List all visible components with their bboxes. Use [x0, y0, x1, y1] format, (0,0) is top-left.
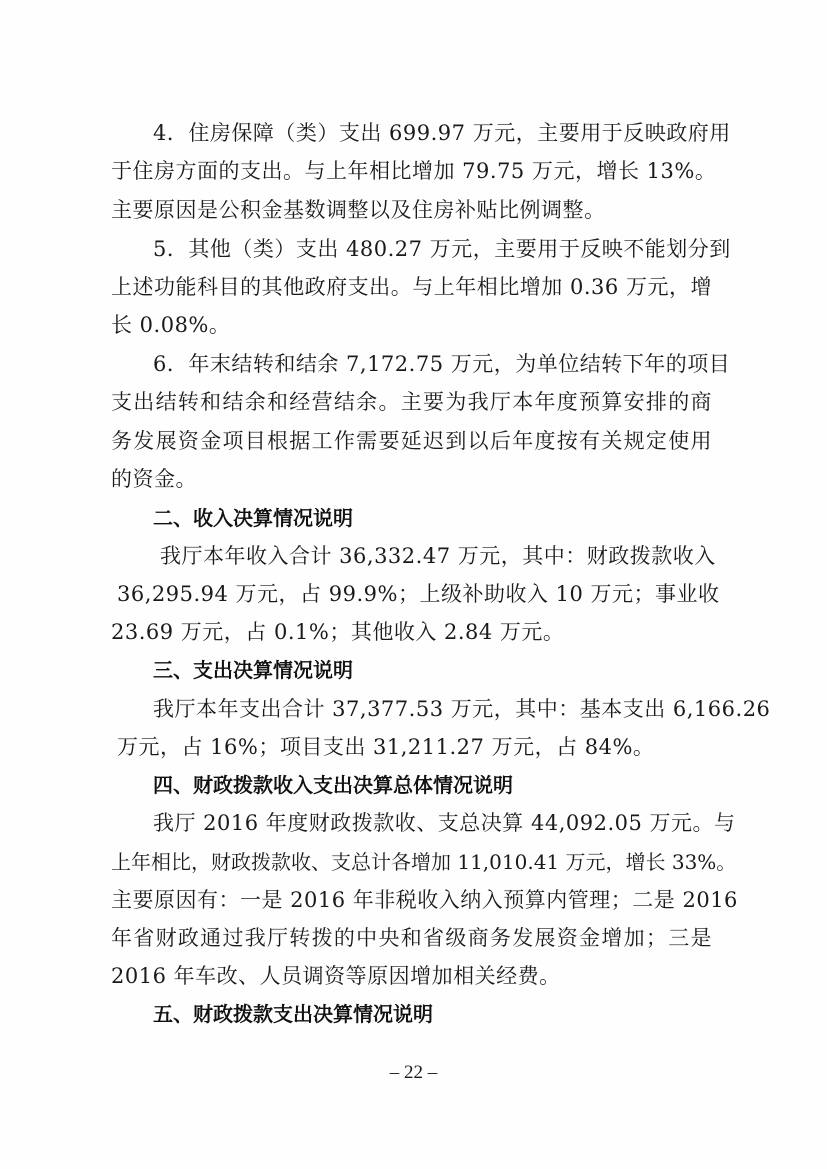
document-page: 4．住房保障（类）支出 699.97 万元，主要用于反映政府用 于住房方面的支出…: [0, 0, 827, 1169]
section-heading-expenditure: 三、支出决算情况说明: [153, 651, 353, 689]
section-heading-fiscal-overall: 四、财政拨款收入支出决算总体情况说明: [153, 766, 513, 804]
income-line-3: 23.69 万元，占 0.1%；其他收入 2.84 万元。: [111, 613, 712, 651]
fiscal-overall-line-1: 我厅 2016 年度财政拨款收、支总决算 44,092.05 万元。与: [153, 804, 712, 842]
item-5-line-1: 5．其他（类）支出 480.27 万元，主要用于反映不能划分到: [153, 230, 712, 268]
fiscal-overall-line-4: 年省财政通过我厅转拨的中央和省级商务发展资金增加；三是: [111, 919, 712, 957]
item-6-line-2: 支出结转和结余和经营结余。主要为我厅本年度预算安排的商: [111, 383, 712, 421]
item-4-line-2: 于住房方面的支出。与上年相比增加 79.75 万元，增长 13%。: [111, 152, 712, 190]
income-line-2: 36,295.94 万元，占 99.9%；上级补助收入 10 万元；事业收: [117, 575, 712, 613]
item-5-line-3: 长 0.08%。: [111, 306, 712, 344]
expenditure-line-1: 我厅本年支出合计 37,377.53 万元，其中：基本支出 6,166.26: [153, 690, 712, 728]
item-6-line-1: 6．年末结转和结余 7,172.75 万元，为单位结转下年的项目: [153, 345, 712, 383]
item-5-line-2: 上述功能科目的其他政府支出。与上年相比增加 0.36 万元，增: [111, 268, 712, 306]
section-heading-income: 二、收入决算情况说明: [153, 499, 353, 537]
income-line-1: 我厅本年收入合计 36,332.47 万元，其中：财政拨款收入: [160, 537, 712, 575]
item-6-line-3: 务发展资金项目根据工作需要延迟到以后年度按有关规定使用: [111, 422, 712, 460]
page-number: – 22 –: [0, 1062, 827, 1084]
fiscal-overall-line-2: 上年相比，财政拨款收、支总计各增加 11,010.41 万元，增长 33%。: [111, 843, 712, 881]
fiscal-overall-line-3: 主要原因有：一是 2016 年非税收入纳入预算内管理；二是 2016: [111, 881, 712, 919]
item-4-line-3: 主要原因是公积金基数调整以及住房补贴比例调整。: [111, 191, 712, 229]
section-heading-fiscal-expenditure: 五、财政拨款支出决算情况说明: [153, 995, 433, 1033]
item-4-line-1: 4．住房保障（类）支出 699.97 万元，主要用于反映政府用: [153, 114, 712, 152]
item-6-line-4: 的资金。: [111, 460, 712, 498]
expenditure-line-2: 万元，占 16%；项目支出 31,211.27 万元，占 84%。: [117, 728, 712, 766]
fiscal-overall-line-5: 2016 年车改、人员调资等原因增加相关经费。: [111, 957, 712, 995]
